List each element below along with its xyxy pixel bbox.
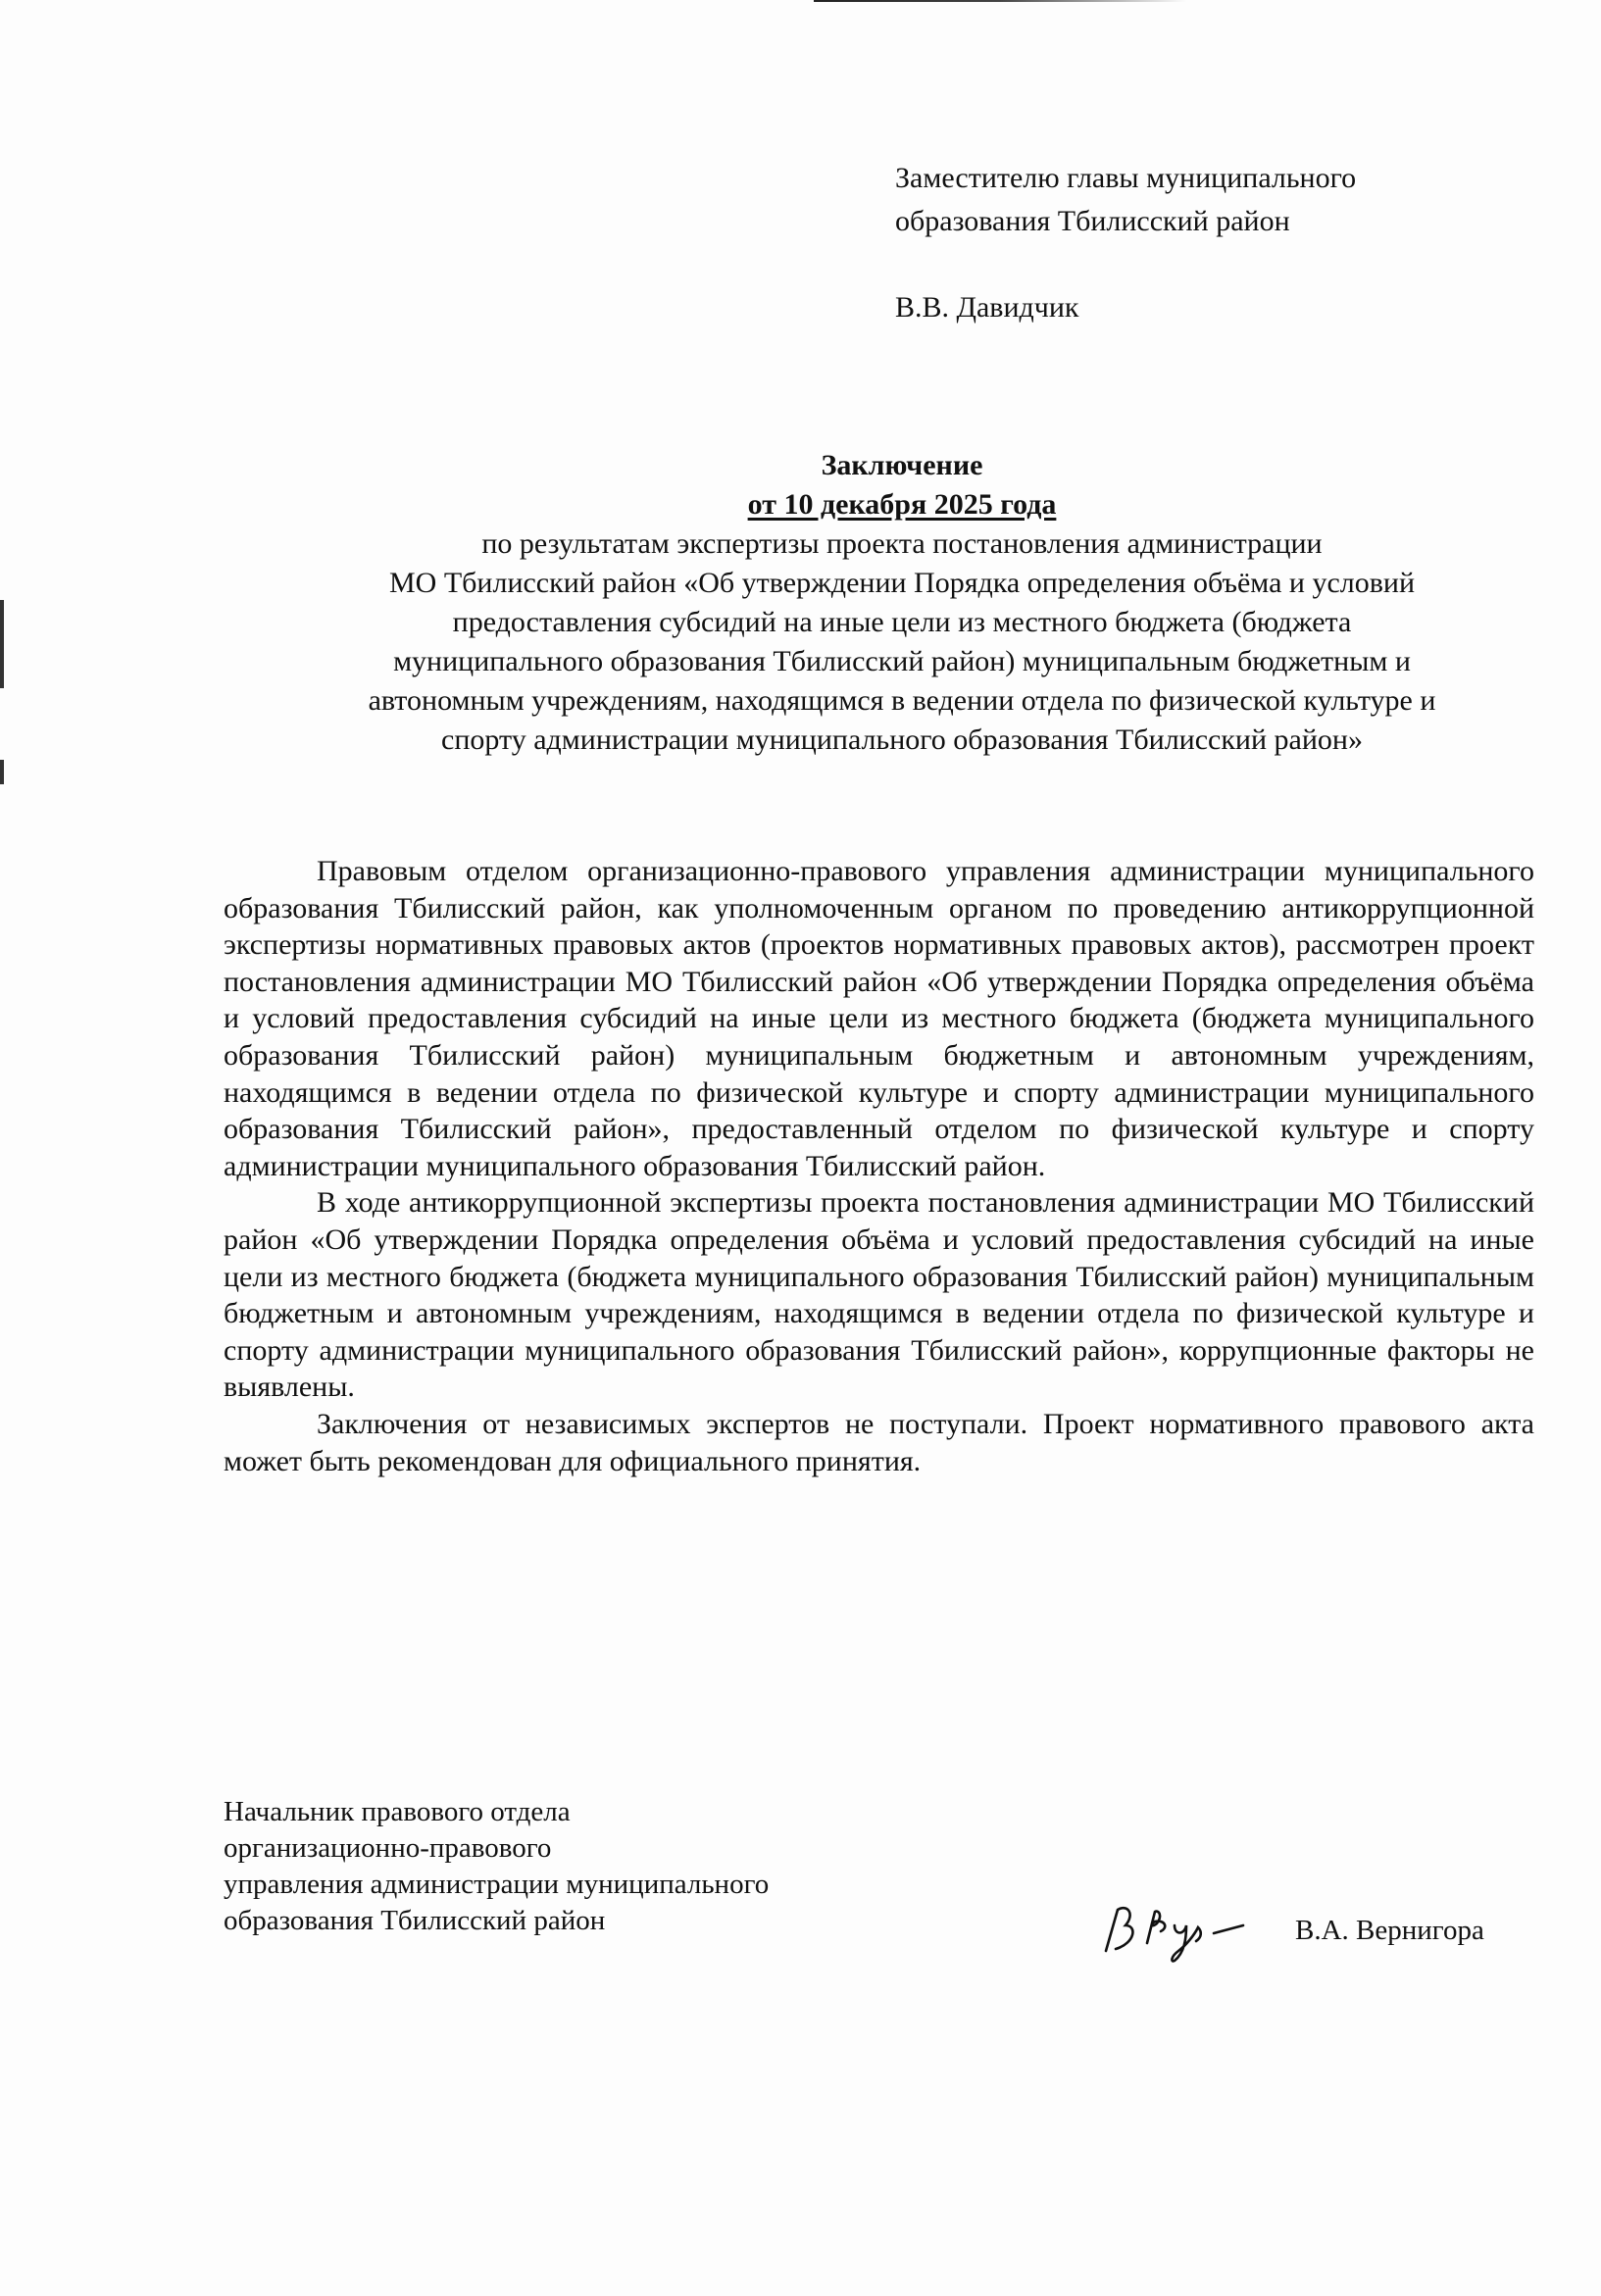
document-heading: Заключение xyxy=(225,446,1578,485)
addressee-block: Заместителю главы муниципального образов… xyxy=(895,157,1356,329)
subtitle-line: спорту администрации муниципального обра… xyxy=(225,721,1578,760)
scan-artifact-left xyxy=(0,600,4,688)
signature-block: Начальник правового отдела организационн… xyxy=(224,1794,1537,1951)
subtitle-line: автономным учреждениям, находящимся в ве… xyxy=(225,681,1578,721)
scan-artifact-left xyxy=(0,760,4,784)
subtitle-line: предоставления субсидий на иные цели из … xyxy=(225,603,1578,642)
position-line: образования Тбилисский район xyxy=(224,1903,769,1939)
position-line: управления администрации муниципального xyxy=(224,1867,769,1903)
subtitle-line: муниципального образования Тбилисский ра… xyxy=(225,642,1578,681)
body-paragraph: Заключения от независимых экспертов не п… xyxy=(224,1406,1534,1479)
subtitle-line: МО Тбилисский район «Об утверждении Поря… xyxy=(225,564,1578,603)
subtitle-line: по результатам экспертизы проекта постан… xyxy=(225,524,1578,564)
document-body: Правовым отделом организационно-правовог… xyxy=(224,853,1534,1479)
signatory-position: Начальник правового отдела организационн… xyxy=(224,1794,769,1939)
body-paragraph: В ходе антикоррупционной экспертизы прое… xyxy=(224,1184,1534,1406)
handwritten-signature-icon xyxy=(1076,1892,1273,1971)
scan-artifact-top xyxy=(814,0,1186,2)
addressee-name: В.В. Давидчик xyxy=(895,286,1356,329)
document-title-block: Заключение от 10 декабря 2025 года по ре… xyxy=(225,446,1578,760)
document-date: от 10 декабря 2025 года xyxy=(748,488,1057,521)
signatory-name: В.А. Вернигора xyxy=(1295,1913,1484,1949)
document-page: Заместителю главы муниципального образов… xyxy=(0,0,1601,2296)
position-line: Начальник правового отдела xyxy=(224,1794,769,1830)
position-line: организационно-правового xyxy=(224,1830,769,1867)
addressee-line: образования Тбилисский район xyxy=(895,200,1356,243)
addressee-line: Заместителю главы муниципального xyxy=(895,157,1356,200)
body-paragraph: Правовым отделом организационно-правовог… xyxy=(224,853,1534,1184)
